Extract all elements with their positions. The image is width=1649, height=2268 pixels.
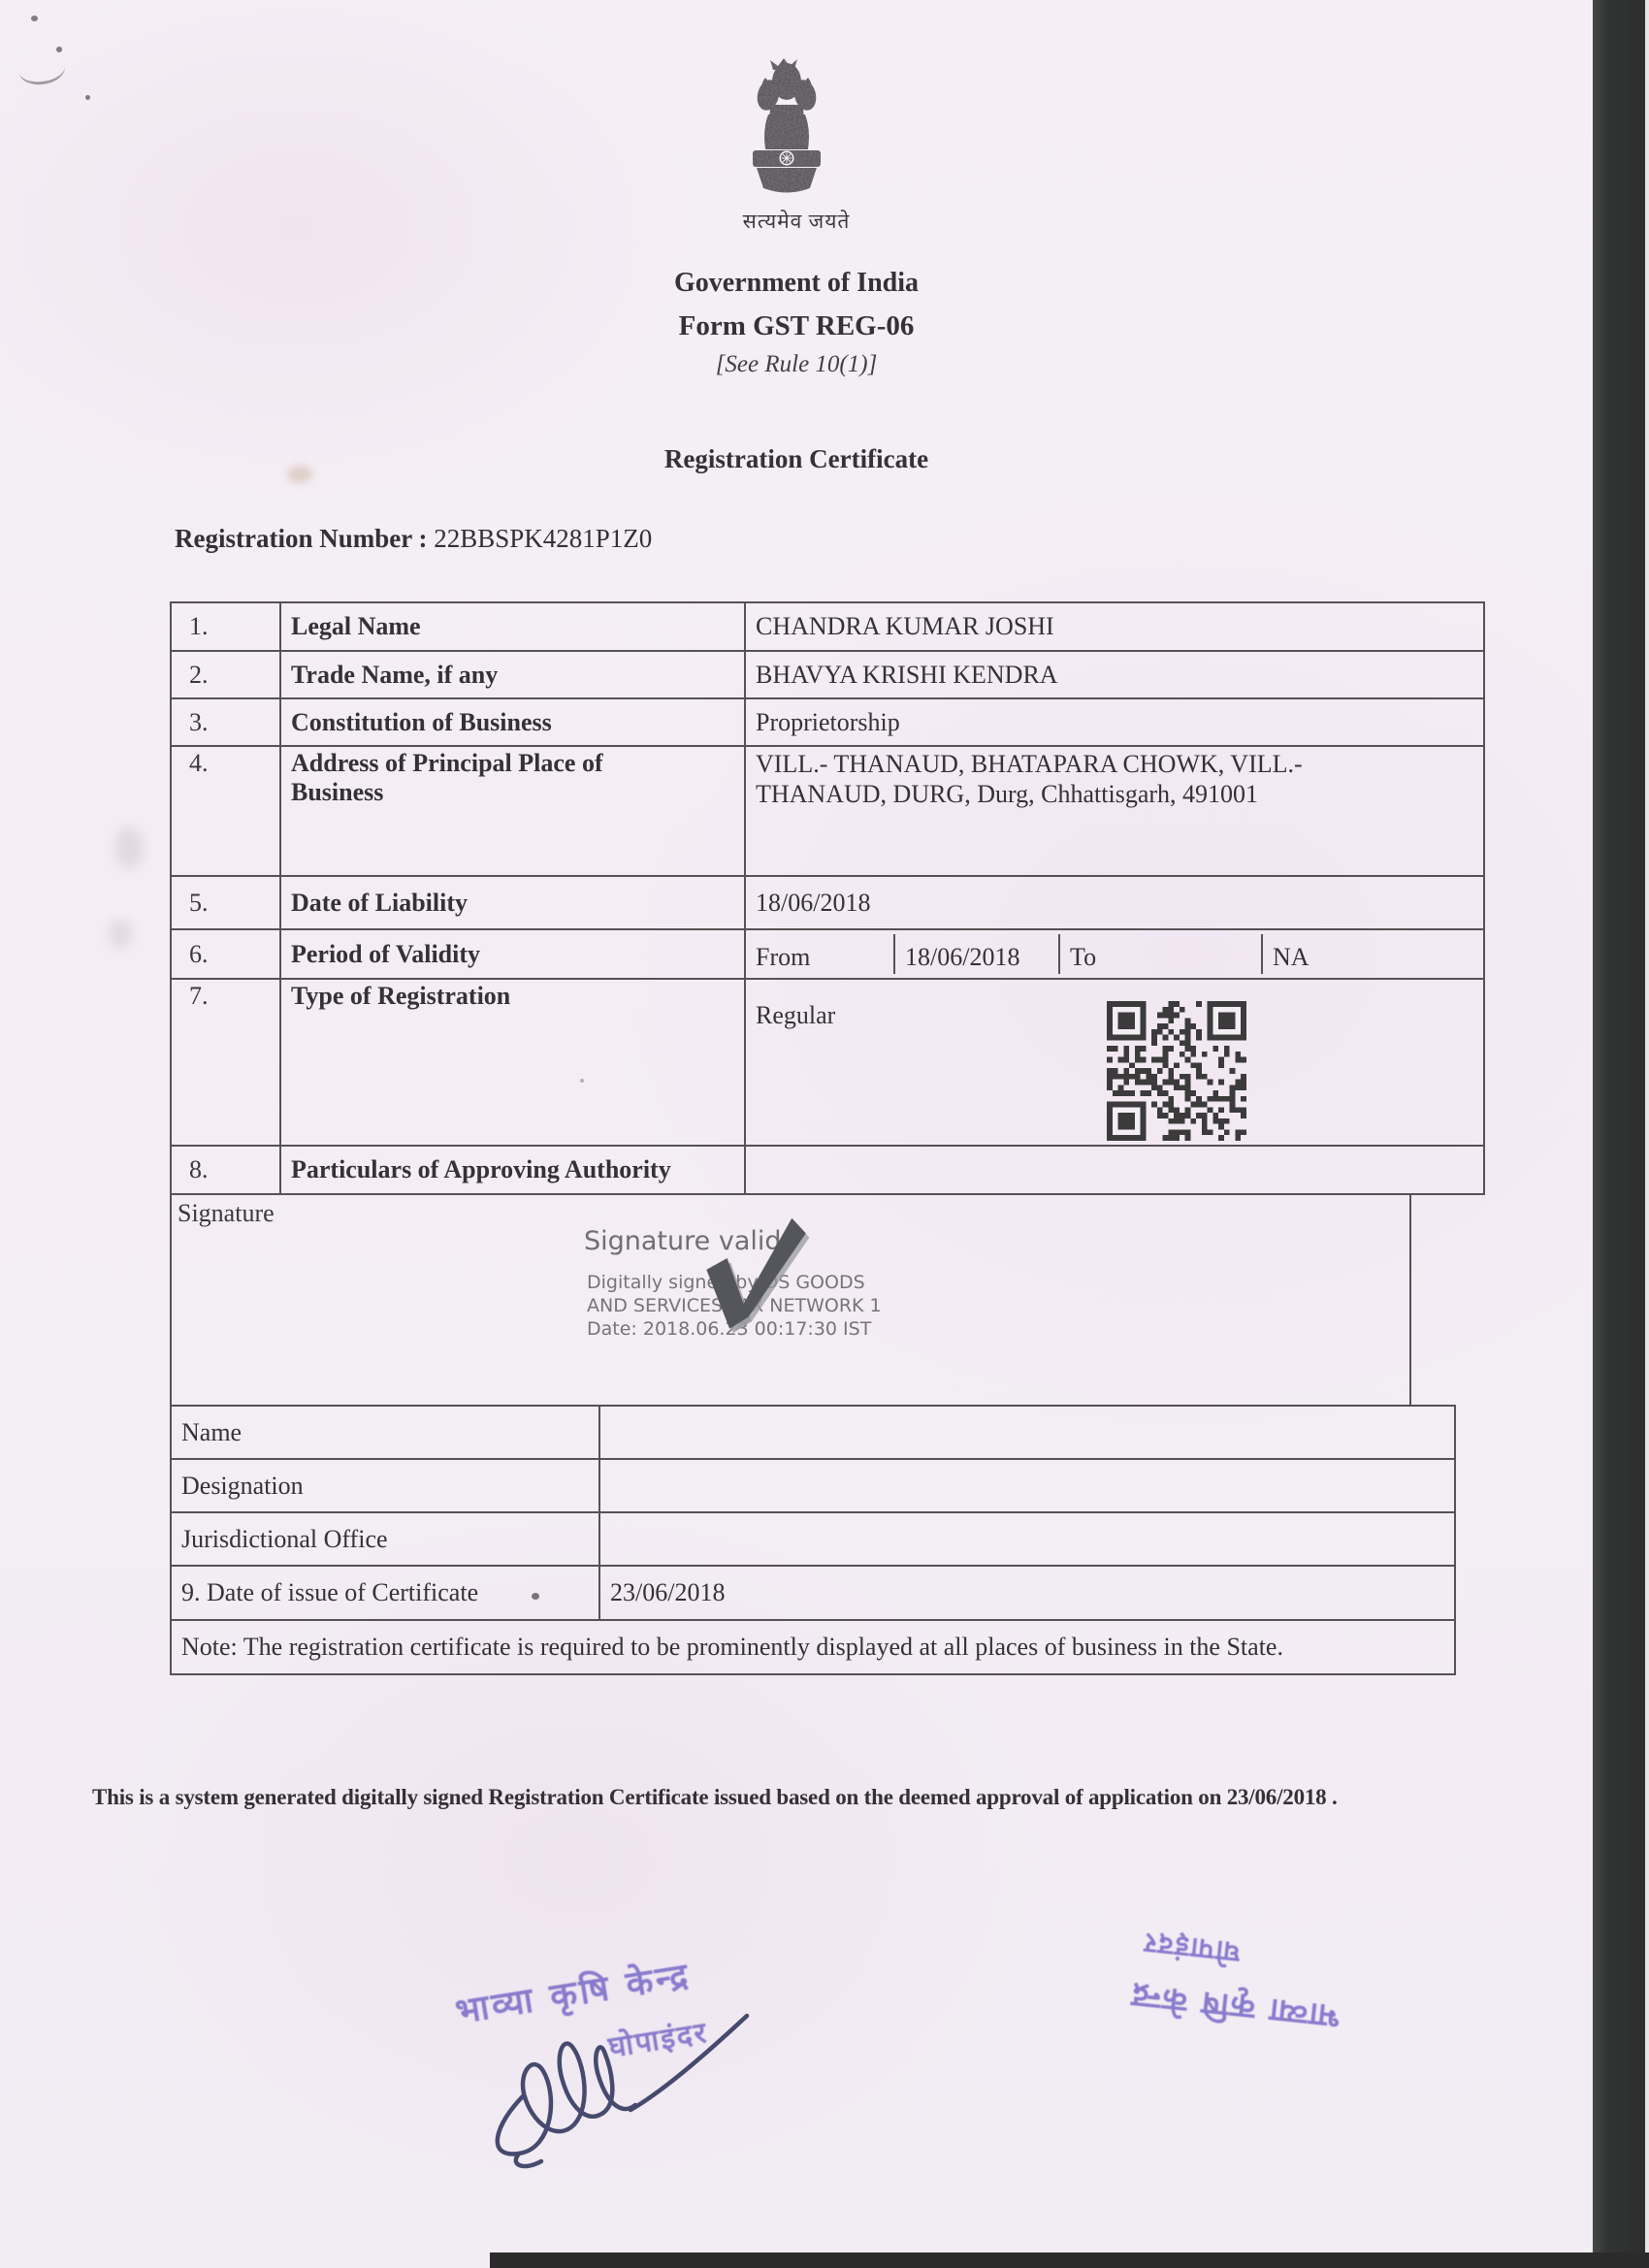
approving-authority-table: Name Designation Jurisdictional Office 9… (170, 1405, 1456, 1675)
rubber-stamp-right: भाव्या कृषि केन्द्र घोपाइंदर (1049, 1916, 1348, 2041)
pen-dot (31, 16, 38, 21)
note-text: Note: The registration certificate is re… (171, 1620, 1455, 1674)
row-label: Address of Principal Place of Business (280, 746, 745, 876)
table-row: Name (171, 1406, 1455, 1459)
row-value: 23/06/2018 (599, 1566, 1455, 1620)
registration-details-table: 1. Legal Name CHANDRA KUMAR JOSHI 2. Tra… (170, 601, 1485, 1195)
validity-from-label: From (746, 934, 893, 974)
table-row: 3. Constitution of Business Proprietorsh… (171, 698, 1484, 746)
registration-type-value: Regular (756, 1001, 835, 1030)
row-label: Particulars of Approving Authority (280, 1146, 745, 1194)
row-value: BHAVYA KRISHI KENDRA (745, 651, 1484, 698)
paper-smudge (109, 920, 132, 949)
row-number: 4. (171, 746, 280, 876)
registration-number-label: Registration Number : (175, 524, 427, 553)
table-row: 6. Period of Validity From 18/06/2018 To… (171, 929, 1484, 979)
emblem-motto: सत्यमेव जयते (0, 208, 1593, 235)
row-label: Date of Liability (280, 876, 745, 929)
stamp-text: घोपाइंदर (1054, 1916, 1242, 1973)
handwritten-signature (466, 1979, 786, 2173)
row-label: Legal Name (280, 602, 745, 651)
row-value: Regular (745, 979, 1484, 1146)
table-row: 5. Date of Liability 18/06/2018 (171, 876, 1484, 929)
row-label: Period of Validity (280, 929, 745, 979)
national-emblem-icon (733, 56, 840, 207)
stamp-text: भाव्या कृषि केन्द्र (1049, 1966, 1342, 2040)
row-value: VILL.- THANAUD, BHATAPARA CHOWK, VILL.- … (745, 746, 1484, 876)
table-row: 9. Date of issue of Certificate 23/06/20… (171, 1566, 1455, 1620)
signature-section: Signature Signature valid Digitally sign… (170, 1193, 1411, 1405)
row-number: 8. (171, 1146, 280, 1194)
validity-from-value: 18/06/2018 (893, 934, 1058, 974)
row-value (745, 1146, 1484, 1194)
table-row: Jurisdictional Office (171, 1512, 1455, 1566)
pen-stroke (18, 63, 67, 87)
scan-edge-sliver (1645, 0, 1649, 2268)
row-number: 3. (171, 698, 280, 746)
row-number: 5. (171, 876, 280, 929)
row-value (599, 1459, 1455, 1512)
table-row: 2. Trade Name, if any BHAVYA KRISHI KEND… (171, 651, 1484, 698)
table-row: 4. Address of Principal Place of Busines… (171, 746, 1484, 876)
row-value: Proprietorship (745, 698, 1484, 746)
table-row: Designation (171, 1459, 1455, 1512)
qr-code (1107, 1001, 1246, 1141)
scan-edge-bottom (490, 2252, 1649, 2268)
row-value: CHANDRA KUMAR JOSHI (745, 602, 1484, 651)
government-title: Government of India (0, 268, 1593, 299)
form-title: Form GST REG-06 (0, 310, 1593, 342)
row-number: 7. (171, 979, 280, 1146)
row-label: Jurisdictional Office (171, 1512, 599, 1566)
registration-number-line: Registration Number : 22BBSPK4281P1Z0 (175, 524, 652, 554)
registration-number-value: 22BBSPK4281P1Z0 (434, 524, 652, 553)
system-generated-note: This is a system generated digitally sig… (92, 1785, 1470, 1810)
validity-cells: From 18/06/2018 To NA (745, 929, 1484, 979)
signature-label: Signature (178, 1199, 275, 1228)
certificate-title: Registration Certificate (0, 444, 1593, 474)
row-label: Trade Name, if any (280, 651, 745, 698)
validity-to-value: NA (1261, 934, 1468, 974)
row-label: Constitution of Business (280, 698, 745, 746)
pen-dot (85, 95, 90, 100)
row-number: 1. (171, 602, 280, 651)
row-label: Type of Registration (280, 979, 745, 1146)
row-number: 6. (171, 929, 280, 979)
validity-to-label: To (1058, 934, 1261, 974)
note-row: Note: The registration certificate is re… (171, 1620, 1455, 1674)
table-row: 8. Particulars of Approving Authority (171, 1146, 1484, 1194)
rule-reference: [See Rule 10(1)] (0, 351, 1593, 378)
scan-edge-right (1593, 0, 1645, 2268)
row-value: 18/06/2018 (745, 876, 1484, 929)
row-label: Designation (171, 1459, 599, 1512)
row-label: 9. Date of issue of Certificate (171, 1566, 599, 1620)
pen-dot (56, 47, 62, 52)
row-label: Name (171, 1406, 599, 1459)
paper-smudge (114, 826, 144, 869)
row-value (599, 1512, 1455, 1566)
table-row: 7. Type of Registration Regular (171, 979, 1484, 1146)
row-number: 2. (171, 651, 280, 698)
signature-valid-check-icon (695, 1207, 812, 1362)
row-value (599, 1406, 1455, 1459)
table-row: 1. Legal Name CHANDRA KUMAR JOSHI (171, 602, 1484, 651)
